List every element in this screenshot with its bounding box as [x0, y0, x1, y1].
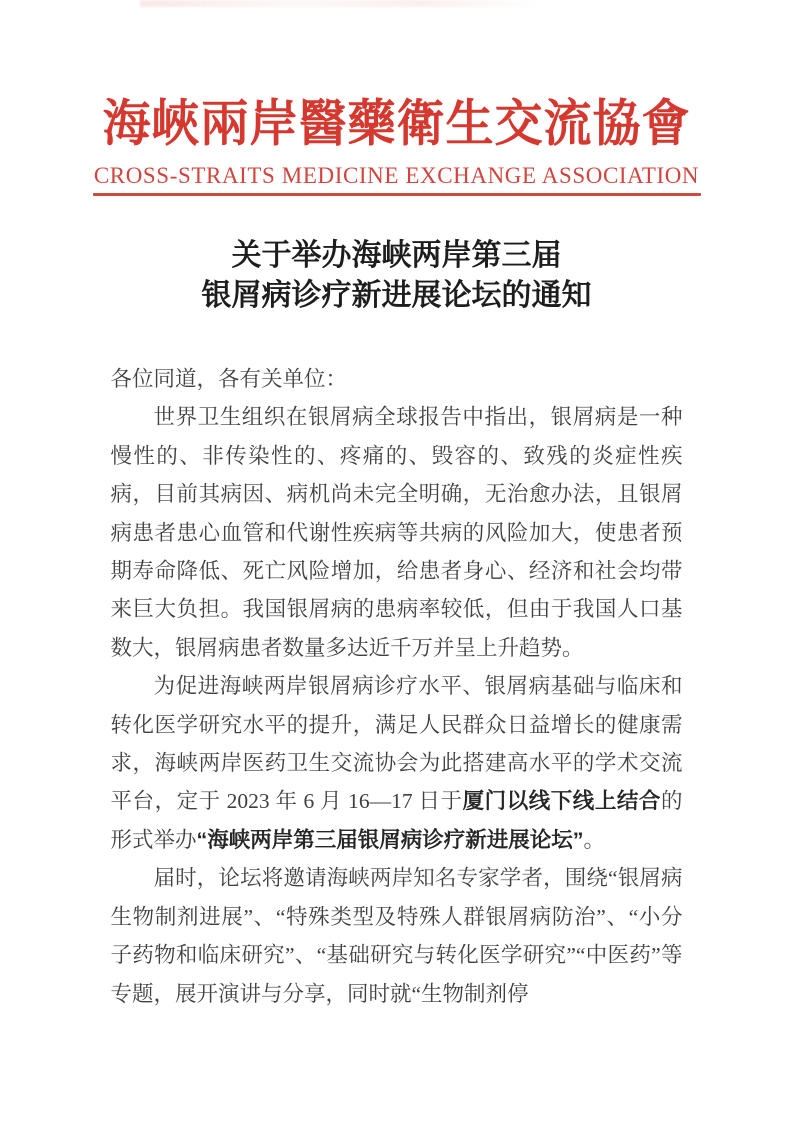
scan-smudge — [140, 0, 540, 7]
org-name-chinese: 海峽兩岸醫藥衛生交流協會 — [0, 92, 793, 159]
paragraph: 为促进海峡两岸银屑病诊疗水平、银屑病基础与临床和转化医学研究水平的提升，满足人民… — [111, 667, 683, 859]
letterhead-rule — [93, 193, 701, 196]
notice-page: 海峽兩岸醫藥衛生交流協會 CROSS-STRAITS MEDICINE EXCH… — [0, 0, 793, 1122]
body-text-run: 。 — [584, 828, 606, 852]
emphasized-text: “海峡两岸第三届银屑病诊疗新进展论坛” — [197, 828, 584, 852]
letterhead: 海峽兩岸醫藥衛生交流協會 CROSS-STRAITS MEDICINE EXCH… — [0, 0, 793, 196]
salutation: 各位同道，各有关单位： — [111, 360, 683, 398]
emphasized-text: 厦门以线下线上结合 — [463, 789, 661, 813]
document-body: 各位同道，各有关单位： 世界卫生组织在银屑病全球报告中指出，银屑病是一种慢性的、… — [111, 360, 683, 1013]
document-title: 关于举办海峡两岸第三届 银屑病诊疗新进展论坛的通知 — [0, 236, 793, 316]
body-paragraphs: 世界卫生组织在银屑病全球报告中指出，银屑病是一种慢性的、非传染性的、疼痛的、毁容… — [111, 398, 683, 1013]
paragraph: 届时，论坛将邀请海峡两岸知名专家学者，围绕“银屑病生物制剂进展”、“特殊类型及特… — [111, 859, 683, 1013]
body-text-run: 世界卫生组织在银屑病全球报告中指出，银屑病是一种慢性的、非传染性的、疼痛的、毁容… — [111, 405, 683, 659]
document-title-line2: 银屑病诊疗新进展论坛的通知 — [0, 276, 793, 316]
document-title-line1: 关于举办海峡两岸第三届 — [0, 236, 793, 276]
org-name-english: CROSS-STRAITS MEDICINE EXCHANGE ASSOCIAT… — [0, 163, 793, 188]
paragraph: 世界卫生组织在银屑病全球报告中指出，银屑病是一种慢性的、非传染性的、疼痛的、毁容… — [111, 398, 683, 667]
body-text-run: 届时，论坛将邀请海峡两岸知名专家学者，围绕“银屑病生物制剂进展”、“特殊类型及特… — [111, 866, 683, 1005]
